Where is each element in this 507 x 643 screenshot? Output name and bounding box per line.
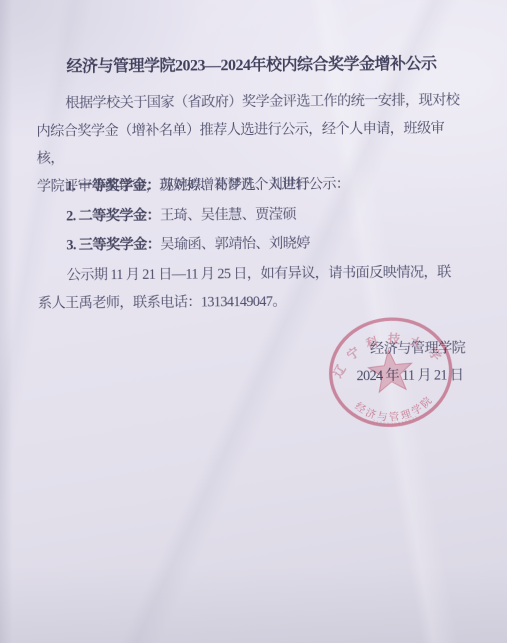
paragraph-line: 根据学校关于国家（省政府）奖学金评选工作的统一安排，现对校 — [36, 87, 463, 118]
document-photo: 经济与管理学院2023—2024年校内综合奖学金增补公示 根据学校关于国家（省政… — [0, 0, 507, 643]
official-seal-stamp: 辽宁科技大学 经济与管理学院 2105000010031 — [316, 307, 466, 443]
contact-paragraph: 公示期 11 月 21 日—11 月 25 日，如有异议，请书面反映情况，联 系… — [38, 259, 465, 317]
award-label: 1. 一等奖学金： — [66, 178, 160, 195]
award-item-third-class: 3. 三等奖学金：吴瑜函、郭靖怡、刘晓婷 — [66, 228, 464, 261]
page-title: 经济与管理学院2023—2024年校内综合奖学金增补公示 — [0, 50, 505, 77]
award-names: 吴瑜函、郭靖怡、刘晓婷 — [160, 236, 310, 253]
award-list: 1. 一等奖学金：苏婉婷、葛梦凡、刘世轩 2. 二等奖学金：王琦、吴佳慧、贾滢硕… — [37, 169, 465, 261]
award-label: 2. 二等奖学金： — [66, 207, 160, 224]
award-item-second-class: 2. 二等奖学金：王琦、吴佳慧、贾滢硕 — [66, 199, 464, 232]
award-label: 3. 三等奖学金： — [66, 237, 160, 254]
paragraph-line: 内综合奖学金（增补名单）推荐人选进行公示，经个人申请，班级审核， — [36, 115, 463, 173]
award-names: 王琦、吴佳慧、贾滢硕 — [160, 206, 296, 223]
paragraph-line: 公示期 11 月 21 日—11 月 25 日，如有异议，请书面反映情况，联 — [38, 259, 465, 290]
star-icon — [367, 348, 415, 394]
award-item-first-class: 1. 一等奖学金：苏婉婷、葛梦凡、刘世轩 — [66, 169, 464, 202]
award-names: 苏婉婷、葛梦凡、刘世轩 — [160, 177, 310, 194]
